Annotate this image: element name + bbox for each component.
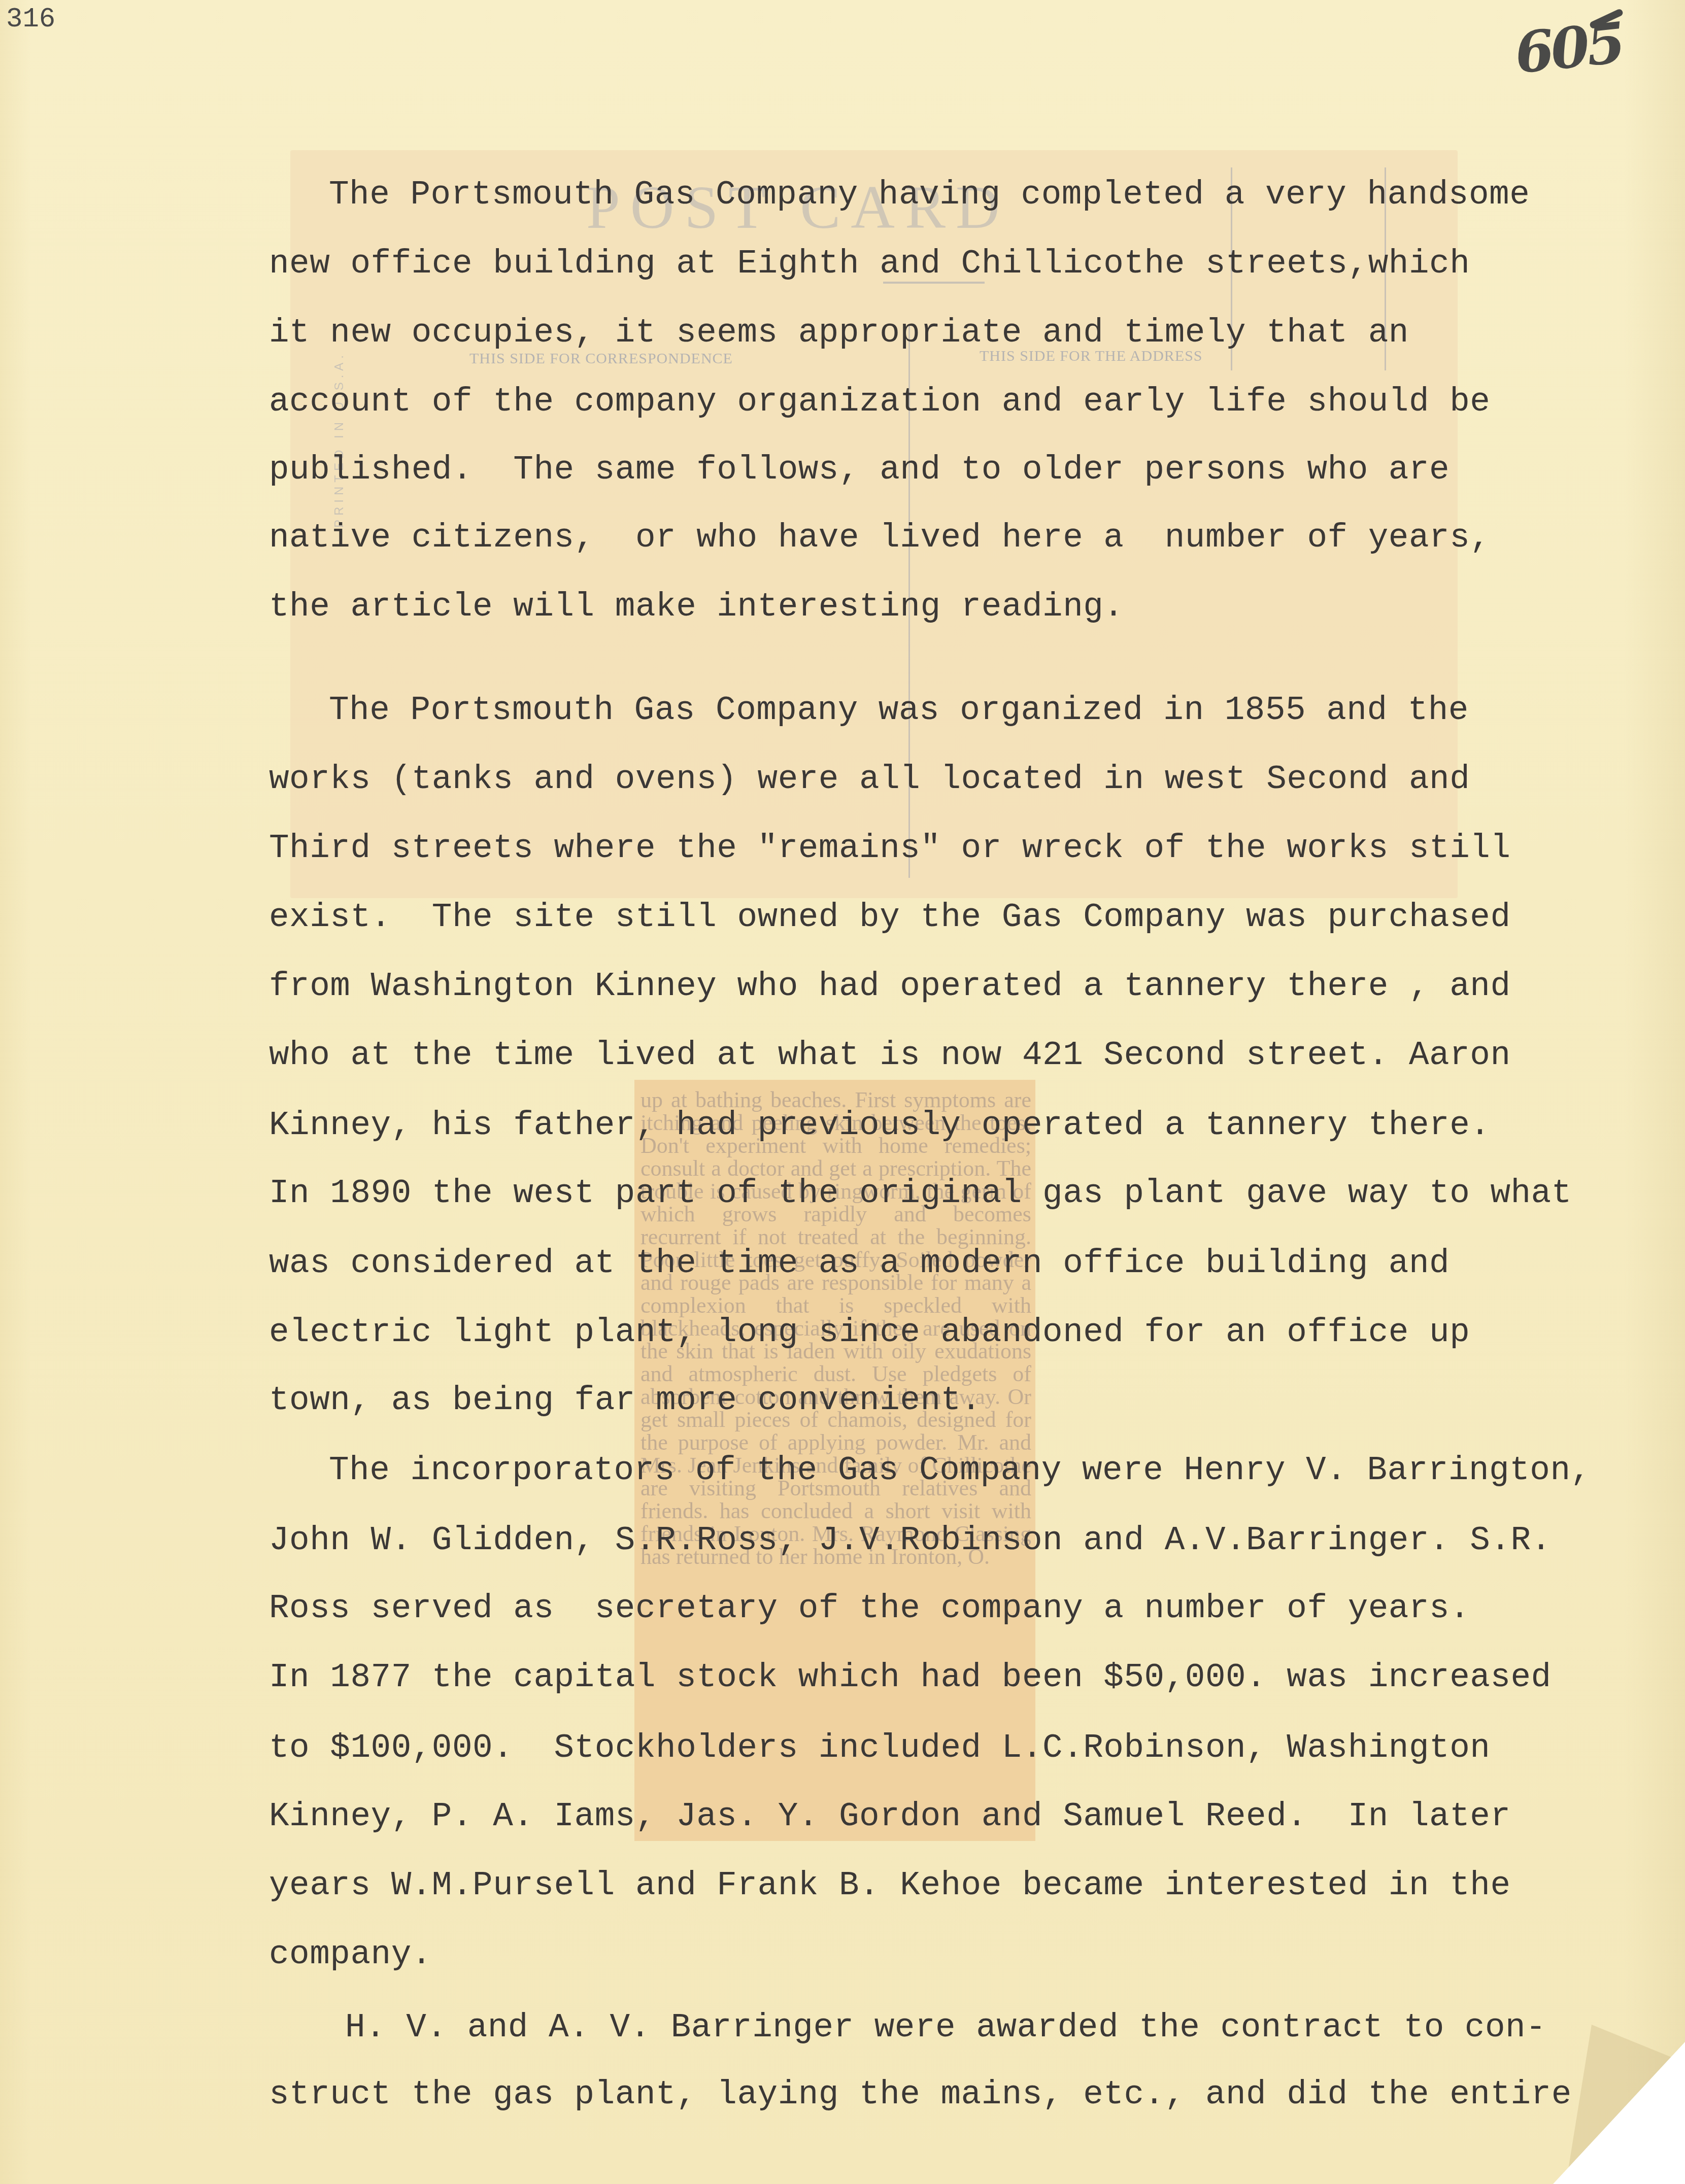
text-line: new office building at Eighth and Chilli… bbox=[269, 244, 1470, 284]
text-line: In 1890 the west part of the original ga… bbox=[269, 1173, 1572, 1214]
text-line: who at the time lived at what is now 421… bbox=[269, 1035, 1511, 1076]
text-line: native citizens, or who have lived here … bbox=[269, 518, 1490, 558]
text-line: H. V. and A. V. Barringer were awarded t… bbox=[345, 2007, 1546, 2048]
text-line: to $100,000. Stockholders included L.C.R… bbox=[269, 1728, 1490, 1768]
text-line: it new occupies, it seems appropriate an… bbox=[269, 313, 1409, 353]
text-line: works (tanks and ovens) were all located… bbox=[269, 759, 1470, 800]
text-line: The Portsmouth Gas Company having comple… bbox=[329, 175, 1530, 215]
text-line: struct the gas plant, laying the mains, … bbox=[269, 2074, 1572, 2115]
text-line: Ross served as secretary of the company … bbox=[269, 1588, 1470, 1629]
text-line: In 1877 the capital stock which had been… bbox=[269, 1657, 1552, 1698]
text-line: the article will make interesting readin… bbox=[269, 587, 1124, 627]
postcard-side-text: PRINTED IN U.S.A. bbox=[332, 351, 347, 528]
corner-fold bbox=[1553, 2042, 1685, 2184]
text-line: from Washington Kinney who had operated … bbox=[269, 966, 1511, 1007]
text-line: electric light plant, long since abandon… bbox=[269, 1312, 1470, 1353]
text-line: years W.M.Pursell and Frank B. Kehoe bec… bbox=[269, 1865, 1511, 1906]
typed-page-number: 316 bbox=[6, 4, 55, 35]
text-line: John W. Glidden, S.R.Ross, J.V.Robinson … bbox=[269, 1520, 1552, 1561]
text-line: Kinney, P. A. Iams, Jas. Y. Gordon and S… bbox=[269, 1796, 1511, 1837]
text-line: The incorporators of the Gas Company wer… bbox=[329, 1450, 1591, 1491]
text-line: exist. The site still owned by the Gas C… bbox=[269, 897, 1511, 938]
text-line: Third streets where the "remains" or wre… bbox=[269, 828, 1511, 869]
text-line: published. The same follows, and to olde… bbox=[269, 450, 1450, 490]
text-line: was considered at the time as a modern o… bbox=[269, 1243, 1450, 1284]
text-line: The Portsmouth Gas Company was organized… bbox=[329, 690, 1469, 731]
text-line: account of the company organization and … bbox=[269, 382, 1490, 422]
text-line: company. bbox=[269, 1934, 432, 1975]
text-line: town, as being far more convenient. bbox=[269, 1380, 982, 1421]
text-line: Kinney, his father, had previously opera… bbox=[269, 1105, 1490, 1146]
